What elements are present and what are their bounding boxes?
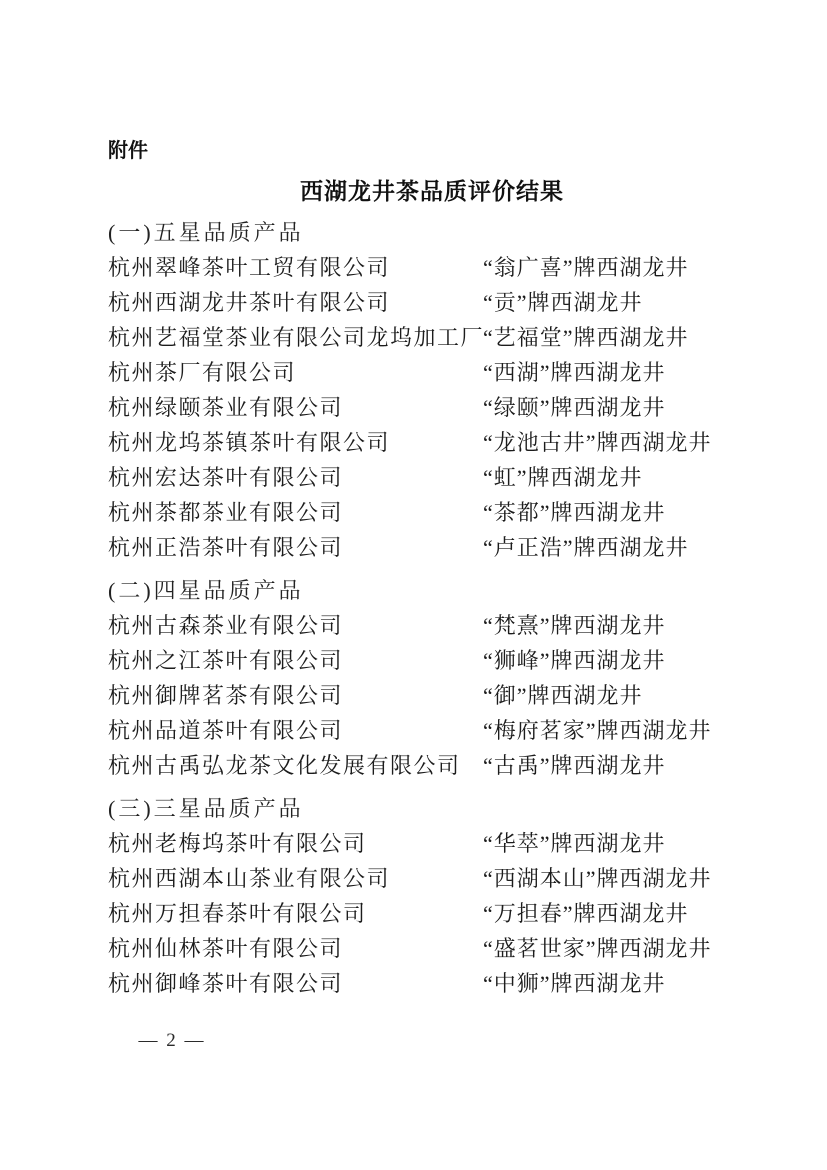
company-name: 杭州龙坞茶镇茶叶有限公司 [108, 425, 483, 460]
table-row: 杭州正浩茶叶有限公司 “卢正浩”牌西湖龙井 [108, 530, 756, 565]
table-row: 杭州茶厂有限公司 “西湖”牌西湖龙井 [108, 355, 756, 390]
company-name: 杭州艺福堂茶业有限公司龙坞加工厂 [108, 320, 483, 355]
company-name: 杭州正浩茶叶有限公司 [108, 530, 483, 565]
table-row: 杭州西湖龙井茶叶有限公司 “贡”牌西湖龙井 [108, 285, 756, 320]
brand-name: “华萃”牌西湖龙井 [483, 826, 756, 861]
table-row: 杭州老梅坞茶叶有限公司 “华萃”牌西湖龙井 [108, 826, 756, 861]
table-row: 杭州古森茶业有限公司 “梵熹”牌西湖龙井 [108, 608, 756, 643]
company-name: 杭州御牌茗茶有限公司 [108, 678, 483, 713]
company-name: 杭州御峰茶叶有限公司 [108, 966, 483, 1001]
table-row: 杭州之江茶叶有限公司 “狮峰”牌西湖龙井 [108, 643, 756, 678]
brand-name: “卢正浩”牌西湖龙井 [483, 530, 756, 565]
brand-name: “中狮”牌西湖龙井 [483, 966, 756, 1001]
brand-name: “西湖本山”牌西湖龙井 [483, 861, 756, 896]
company-name: 杭州宏达茶叶有限公司 [108, 460, 483, 495]
company-name: 杭州茶厂有限公司 [108, 355, 483, 390]
brand-name: “万担春”牌西湖龙井 [483, 896, 756, 931]
document-content: 附件 西湖龙井茶品质评价结果 (一)五星品质产品 杭州翠峰茶叶工贸有限公司 “翁… [108, 137, 756, 1001]
company-name: 杭州翠峰茶叶工贸有限公司 [108, 250, 483, 285]
company-name: 杭州品道茶叶有限公司 [108, 713, 483, 748]
table-row: 杭州艺福堂茶业有限公司龙坞加工厂 “艺福堂”牌西湖龙井 [108, 320, 756, 355]
document-page: 附件 西湖龙井茶品质评价结果 (一)五星品质产品 杭州翠峰茶叶工贸有限公司 “翁… [0, 0, 827, 1170]
brand-name: “御”牌西湖龙井 [483, 678, 756, 713]
brand-name: “梵熹”牌西湖龙井 [483, 608, 756, 643]
brand-name: “艺福堂”牌西湖龙井 [483, 320, 756, 355]
brand-name: “虹”牌西湖龙井 [483, 460, 756, 495]
table-row: 杭州龙坞茶镇茶叶有限公司 “龙池古井”牌西湖龙井 [108, 425, 756, 460]
company-name: 杭州之江茶叶有限公司 [108, 643, 483, 678]
table-row: 杭州翠峰茶叶工贸有限公司 “翁广喜”牌西湖龙井 [108, 250, 756, 285]
table-row: 杭州茶都茶业有限公司 “茶都”牌西湖龙井 [108, 495, 756, 530]
table-row: 杭州御峰茶叶有限公司 “中狮”牌西湖龙井 [108, 966, 756, 1001]
table-row: 杭州绿颐茶业有限公司 “绿颐”牌西湖龙井 [108, 390, 756, 425]
table-row: 杭州古禹弘龙茶文化发展有限公司 “古禹”牌西湖龙井 [108, 748, 756, 783]
brand-name: “狮峰”牌西湖龙井 [483, 643, 756, 678]
brand-name: “绿颐”牌西湖龙井 [483, 390, 756, 425]
company-name: 杭州茶都茶业有限公司 [108, 495, 483, 530]
brand-name: “盛茗世家”牌西湖龙井 [483, 931, 756, 966]
page-title: 西湖龙井茶品质评价结果 [108, 177, 756, 207]
table-row: 杭州品道茶叶有限公司 “梅府茗家”牌西湖龙井 [108, 713, 756, 748]
company-name: 杭州西湖龙井茶叶有限公司 [108, 285, 483, 320]
section-heading-four-star: (二)四星品质产品 [108, 573, 756, 608]
brand-name: “梅府茗家”牌西湖龙井 [483, 713, 756, 748]
brand-name: “茶都”牌西湖龙井 [483, 495, 756, 530]
section-heading-three-star: (三)三星品质产品 [108, 791, 756, 826]
company-name: 杭州古禹弘龙茶文化发展有限公司 [108, 748, 483, 783]
brand-name: “龙池古井”牌西湖龙井 [483, 425, 756, 460]
page-number: — 2 — [130, 1030, 214, 1052]
table-row: 杭州御牌茗茶有限公司 “御”牌西湖龙井 [108, 678, 756, 713]
table-row: 杭州宏达茶叶有限公司 “虹”牌西湖龙井 [108, 460, 756, 495]
company-name: 杭州古森茶业有限公司 [108, 608, 483, 643]
table-row: 杭州仙林茶叶有限公司 “盛茗世家”牌西湖龙井 [108, 931, 756, 966]
company-name: 杭州绿颐茶业有限公司 [108, 390, 483, 425]
brand-name: “贡”牌西湖龙井 [483, 285, 756, 320]
table-row: 杭州万担春茶叶有限公司 “万担春”牌西湖龙井 [108, 896, 756, 931]
company-name: 杭州西湖本山茶业有限公司 [108, 861, 483, 896]
brand-name: “西湖”牌西湖龙井 [483, 355, 756, 390]
company-name: 杭州仙林茶叶有限公司 [108, 931, 483, 966]
table-row: 杭州西湖本山茶业有限公司 “西湖本山”牌西湖龙井 [108, 861, 756, 896]
brand-name: “古禹”牌西湖龙井 [483, 748, 756, 783]
attachment-label: 附件 [108, 137, 756, 165]
company-name: 杭州老梅坞茶叶有限公司 [108, 826, 483, 861]
brand-name: “翁广喜”牌西湖龙井 [483, 250, 756, 285]
company-name: 杭州万担春茶叶有限公司 [108, 896, 483, 931]
section-heading-five-star: (一)五星品质产品 [108, 215, 756, 250]
